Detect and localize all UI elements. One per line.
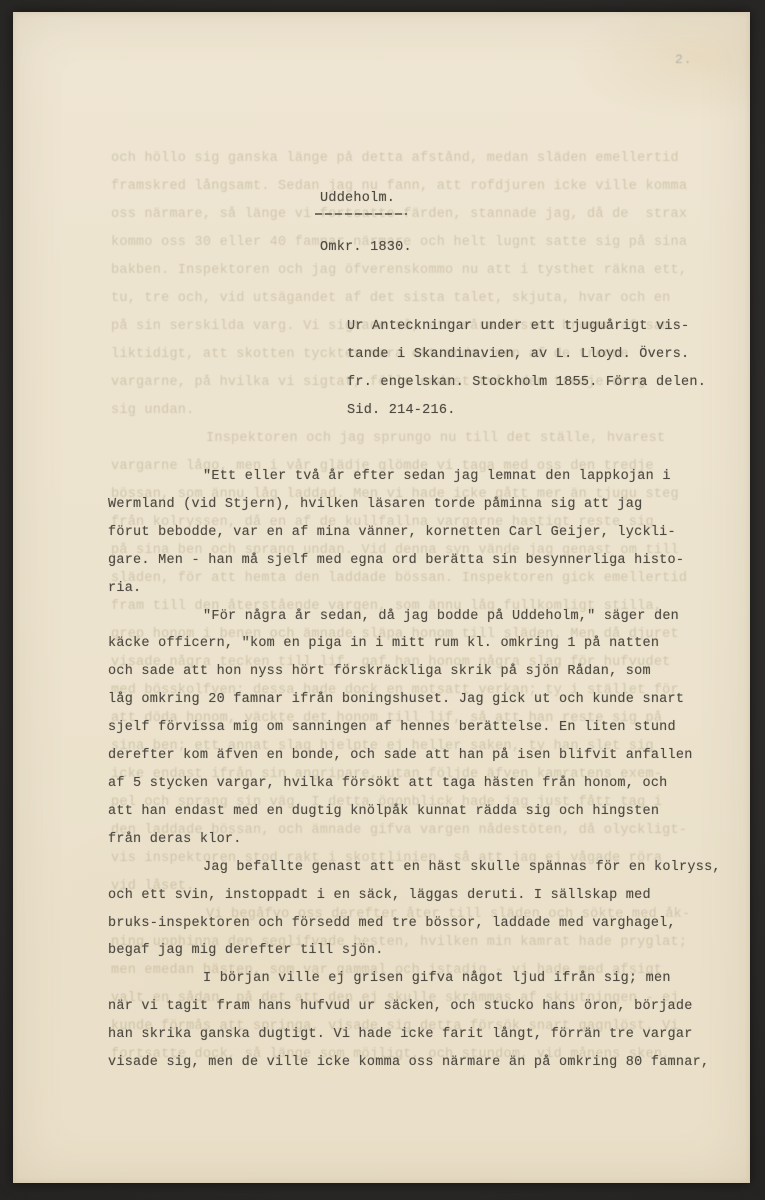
document-date: Omkr. 1830. xyxy=(320,240,412,255)
bleedthrough-line: framskred långsamt. Sedan jag nu fann, a… xyxy=(111,173,740,201)
body-line: Jag befallte genast att en häst skulle s… xyxy=(108,854,721,882)
body-line: sjelf förvissa mig om sanningen af henne… xyxy=(108,714,721,742)
bleedthrough-line: kommo oss 30 eller 40 famnar närmare och… xyxy=(111,229,740,257)
body-text: "Ett eller två år efter sedan jag lemnat… xyxy=(108,463,721,1077)
bleedthrough-line: Inspektoren och jag sprungo nu till det … xyxy=(111,425,740,453)
body-line: käcke officern, "kom en piga in i mitt r… xyxy=(108,630,721,658)
source-citation: Ur Anteckningar under ett tjuguårigt vis… xyxy=(347,313,706,425)
body-line: att han endast med en dugtig knölpåk kun… xyxy=(108,798,721,826)
bleedthrough-line: tu, tre och, vid utsägandet af det sista… xyxy=(111,285,740,313)
citation-line: tande i Skandinavien, av L. Lloyd. Övers… xyxy=(347,341,706,369)
document-title: Uddeholm. xyxy=(320,191,395,206)
citation-line: Sid. 214-216. xyxy=(347,397,706,425)
body-line: från deras klor. xyxy=(108,826,721,854)
body-line: bruks-inspektoren och försedd med tre bö… xyxy=(108,910,721,938)
body-line: visade sig, men de ville icke komma oss … xyxy=(108,1049,721,1077)
document-page: 2. och höllo sig ganska länge på detta a… xyxy=(13,12,750,1183)
body-line: "Ett eller två år efter sedan jag lemnat… xyxy=(108,463,721,491)
bleedthrough-line: oss närmare, så länge vi fortsatte färde… xyxy=(111,201,740,229)
citation-line: Ur Anteckningar under ett tjuguårigt vis… xyxy=(347,313,706,341)
body-line: ria. xyxy=(108,575,721,603)
body-line: han skrika ganska dugtigt. Vi hade icke … xyxy=(108,1021,721,1049)
body-line: begaf jag mig derefter till sjön. xyxy=(108,937,721,965)
body-line: "För några år sedan, då jag bodde på Udd… xyxy=(108,603,721,631)
citation-line: fr. engelskan. Stockholm 1855. Förra del… xyxy=(347,369,706,397)
body-line: förut bebodde, var en af mina vänner, ko… xyxy=(108,519,721,547)
body-line: I början ville ej grisen gifva något lju… xyxy=(108,965,721,993)
body-line: när vi tagit fram hans hufvud ur säcken,… xyxy=(108,993,721,1021)
title-underline xyxy=(315,213,407,215)
scan-background: { "page": { "faint_number": "2." }, "hea… xyxy=(0,0,765,1200)
body-line: låg omkring 20 famnar ifrån boningshuset… xyxy=(108,686,721,714)
body-line: gare. Men - han må sjelf med egna ord be… xyxy=(108,547,721,575)
bleedthrough-line: och höllo sig ganska länge på detta afst… xyxy=(111,145,740,173)
body-line: af 5 stycken vargar, hvilka försökt att … xyxy=(108,770,721,798)
body-line: och sade att hon nyss hört förskräckliga… xyxy=(108,658,721,686)
body-line: och ett svin, instoppadt i en säck, lägg… xyxy=(108,882,721,910)
bleedthrough-line: bakben. Inspektoren och jag öfverenskomm… xyxy=(111,257,740,285)
body-line: derefter kom äfven en bonde, och sade at… xyxy=(108,742,721,770)
body-line: Wermland (vid Stjern), hvilken läsaren t… xyxy=(108,491,721,519)
faint-page-number: 2. xyxy=(675,52,693,67)
